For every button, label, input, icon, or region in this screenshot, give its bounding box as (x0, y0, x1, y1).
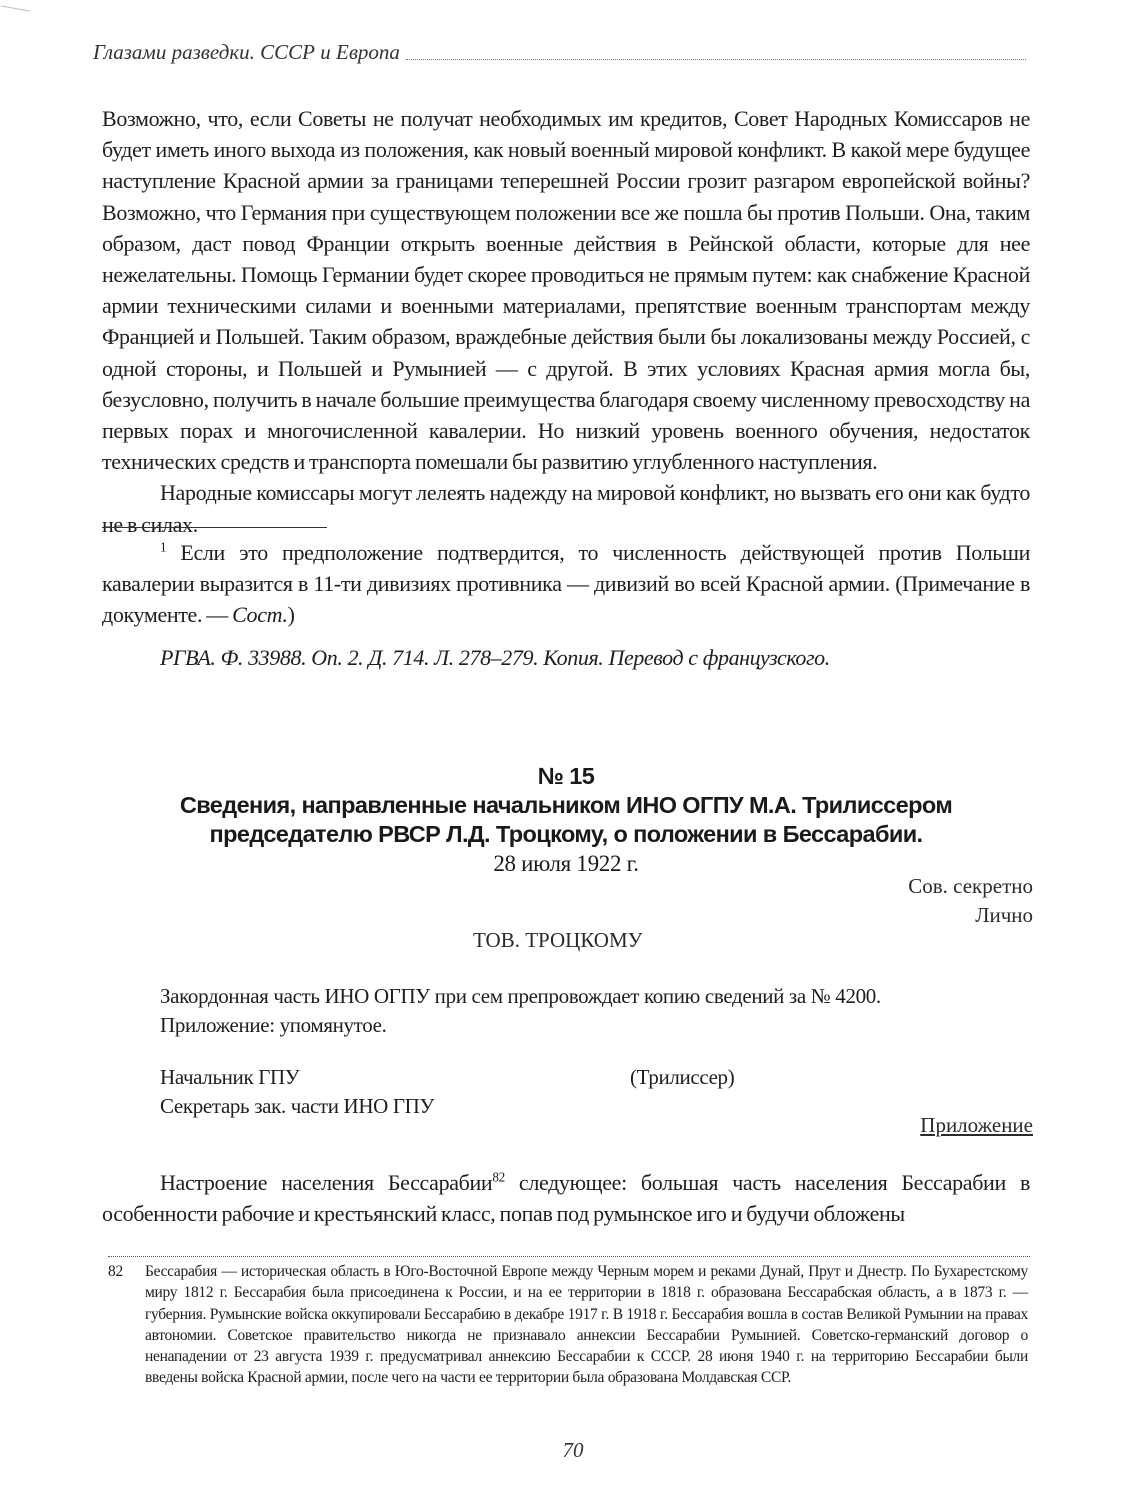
page-number: 70 (0, 1438, 1146, 1463)
document-heading: № 15 Сведения, направленные начальником … (102, 762, 1030, 878)
classification-stamp: Сов. секретно Лично (908, 872, 1033, 930)
footnote-82: 82 Бессарабия — историческая область в Ю… (108, 1261, 1028, 1389)
document-number: № 15 (102, 762, 1030, 791)
document-title-line: Сведения, направленные начальником ИНО О… (102, 791, 1030, 820)
signatory-role: Секретарь зак. части ИНО ГПУ (160, 1092, 630, 1121)
letter-line: Приложение: упомянутое. (160, 1011, 1030, 1040)
footnote-ref[interactable]: 82 (492, 1170, 505, 1185)
signatory-name: (Трилиссер) (630, 1063, 734, 1092)
main-text: Возможно, что, если Советы не получат не… (102, 103, 1030, 540)
footnote-1: 1 Если это предположение подтвердится, т… (102, 537, 1030, 631)
personal-mark: Лично (908, 901, 1033, 930)
footnote-separator (108, 1256, 1030, 1257)
running-head-leader (406, 59, 1026, 60)
footnote-close: ) (288, 602, 295, 627)
paragraph: Народные комиссары могут лелеять надежду… (102, 477, 1030, 539)
addressee: ТОВ. ТРОЦКОМУ (473, 928, 643, 953)
appendix-text: Настроение населения Бессарабии82 следую… (102, 1167, 1030, 1229)
footnote-text: Бессарабия — историческая область в Юго-… (145, 1261, 1028, 1389)
signatory-role: Начальник ГПУ (160, 1063, 630, 1092)
signature-block: Начальник ГПУ (Трилиссер) Секретарь зак.… (160, 1063, 1030, 1121)
letter-line: Закордонная часть ИНО ОГПУ при сем препр… (160, 982, 1030, 1011)
archive-source: РГВА. Ф. 33988. Оп. 2. Д. 714. Л. 278–27… (160, 645, 830, 671)
paragraph: Возможно, что, если Советы не получат не… (102, 103, 1030, 477)
running-head: Глазами разведки. СССР и Европа (93, 40, 1026, 65)
appendix-text-start: Настроение населения Бессарабии (160, 1170, 492, 1195)
classification: Сов. секретно (908, 872, 1033, 901)
cover-letter: Закордонная часть ИНО ОГПУ при сем препр… (160, 982, 1030, 1040)
book-page: Глазами разведки. СССР и Европа Возможно… (0, 0, 1146, 1494)
footnote-author: Сост. (232, 602, 288, 627)
footnote-number: 82 (108, 1261, 145, 1389)
scan-artifact (0, 5, 30, 17)
document-date: 28 июля 1922 г. (102, 849, 1030, 878)
footnote-marker: 1 (160, 540, 166, 555)
footnote-rule (102, 527, 327, 528)
running-head-title: Глазами разведки. СССР и Европа (93, 40, 400, 65)
document-title-line: председателю РВСР Л.Д. Троцкому, о полож… (102, 820, 1030, 849)
appendix-label: Приложение (920, 1113, 1033, 1138)
